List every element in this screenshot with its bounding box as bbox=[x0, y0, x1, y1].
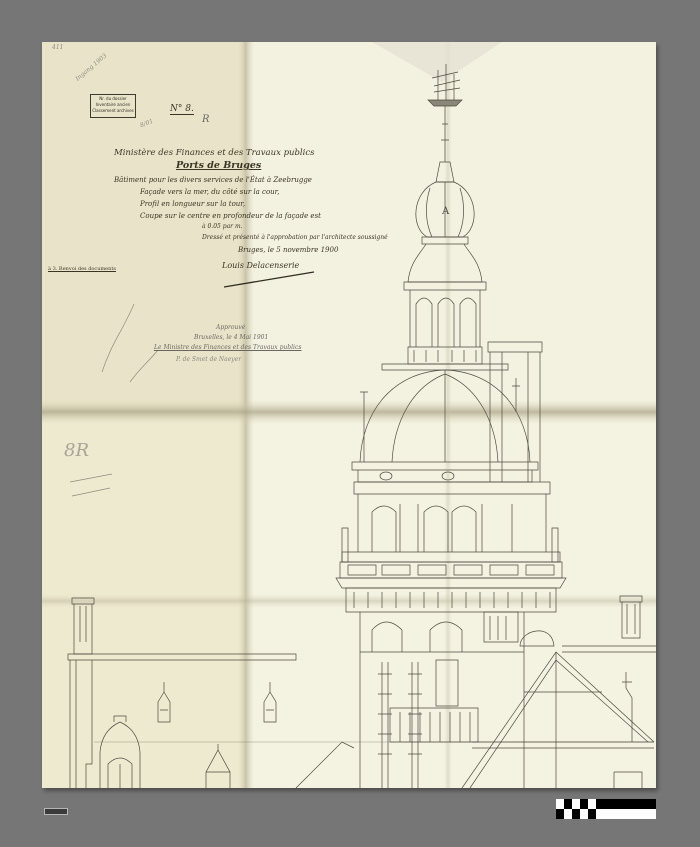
sheet-number: N° 8. bbox=[170, 104, 194, 115]
approval-heading: Approuvé bbox=[216, 324, 245, 331]
building-description: Bâtiment pour les divers services de l'É… bbox=[114, 176, 312, 184]
ministry-title: Ministère des Finances et des Travaux pu… bbox=[114, 148, 314, 158]
approval-minister: Le Ministre des Finances et des Travaux … bbox=[154, 344, 301, 351]
submission-line: Dressé et présenté à l'approbation par l… bbox=[202, 234, 388, 241]
sheet-number-annotation: R bbox=[202, 114, 210, 125]
description-line: Coupe sur le centre en profondeur de la … bbox=[140, 212, 321, 220]
project-title: Ports de Bruges bbox=[176, 160, 261, 171]
approval-place-date: Bruxelles, le 4 Mai 1901 bbox=[194, 334, 268, 341]
side-note: à 3. Renvoi des documents bbox=[48, 266, 116, 272]
archive-stamp: Nr. du dossier Inventaire ancien Classem… bbox=[90, 94, 136, 118]
margin-mark: 8R bbox=[64, 440, 89, 461]
place-date: Bruges, le 5 novembre 1900 bbox=[238, 246, 338, 254]
document-sheet: A bbox=[42, 42, 656, 788]
stamp-line: Classement archives bbox=[91, 108, 135, 114]
svg-text:A: A bbox=[441, 206, 450, 217]
approval-signature: P. de Smet de Naeyer bbox=[176, 356, 241, 363]
description-line: Façade vers la mer, du côté sur la cour, bbox=[140, 188, 280, 196]
color-calibration-strip bbox=[556, 799, 656, 819]
scale-line: à 0.05 par m. bbox=[202, 223, 243, 230]
corner-number: 411 bbox=[52, 44, 63, 51]
archive-label-strip bbox=[44, 808, 68, 815]
architect-signature: Louis Delacenserie bbox=[222, 261, 299, 270]
description-line: Profil en longueur sur la tour, bbox=[140, 200, 245, 208]
